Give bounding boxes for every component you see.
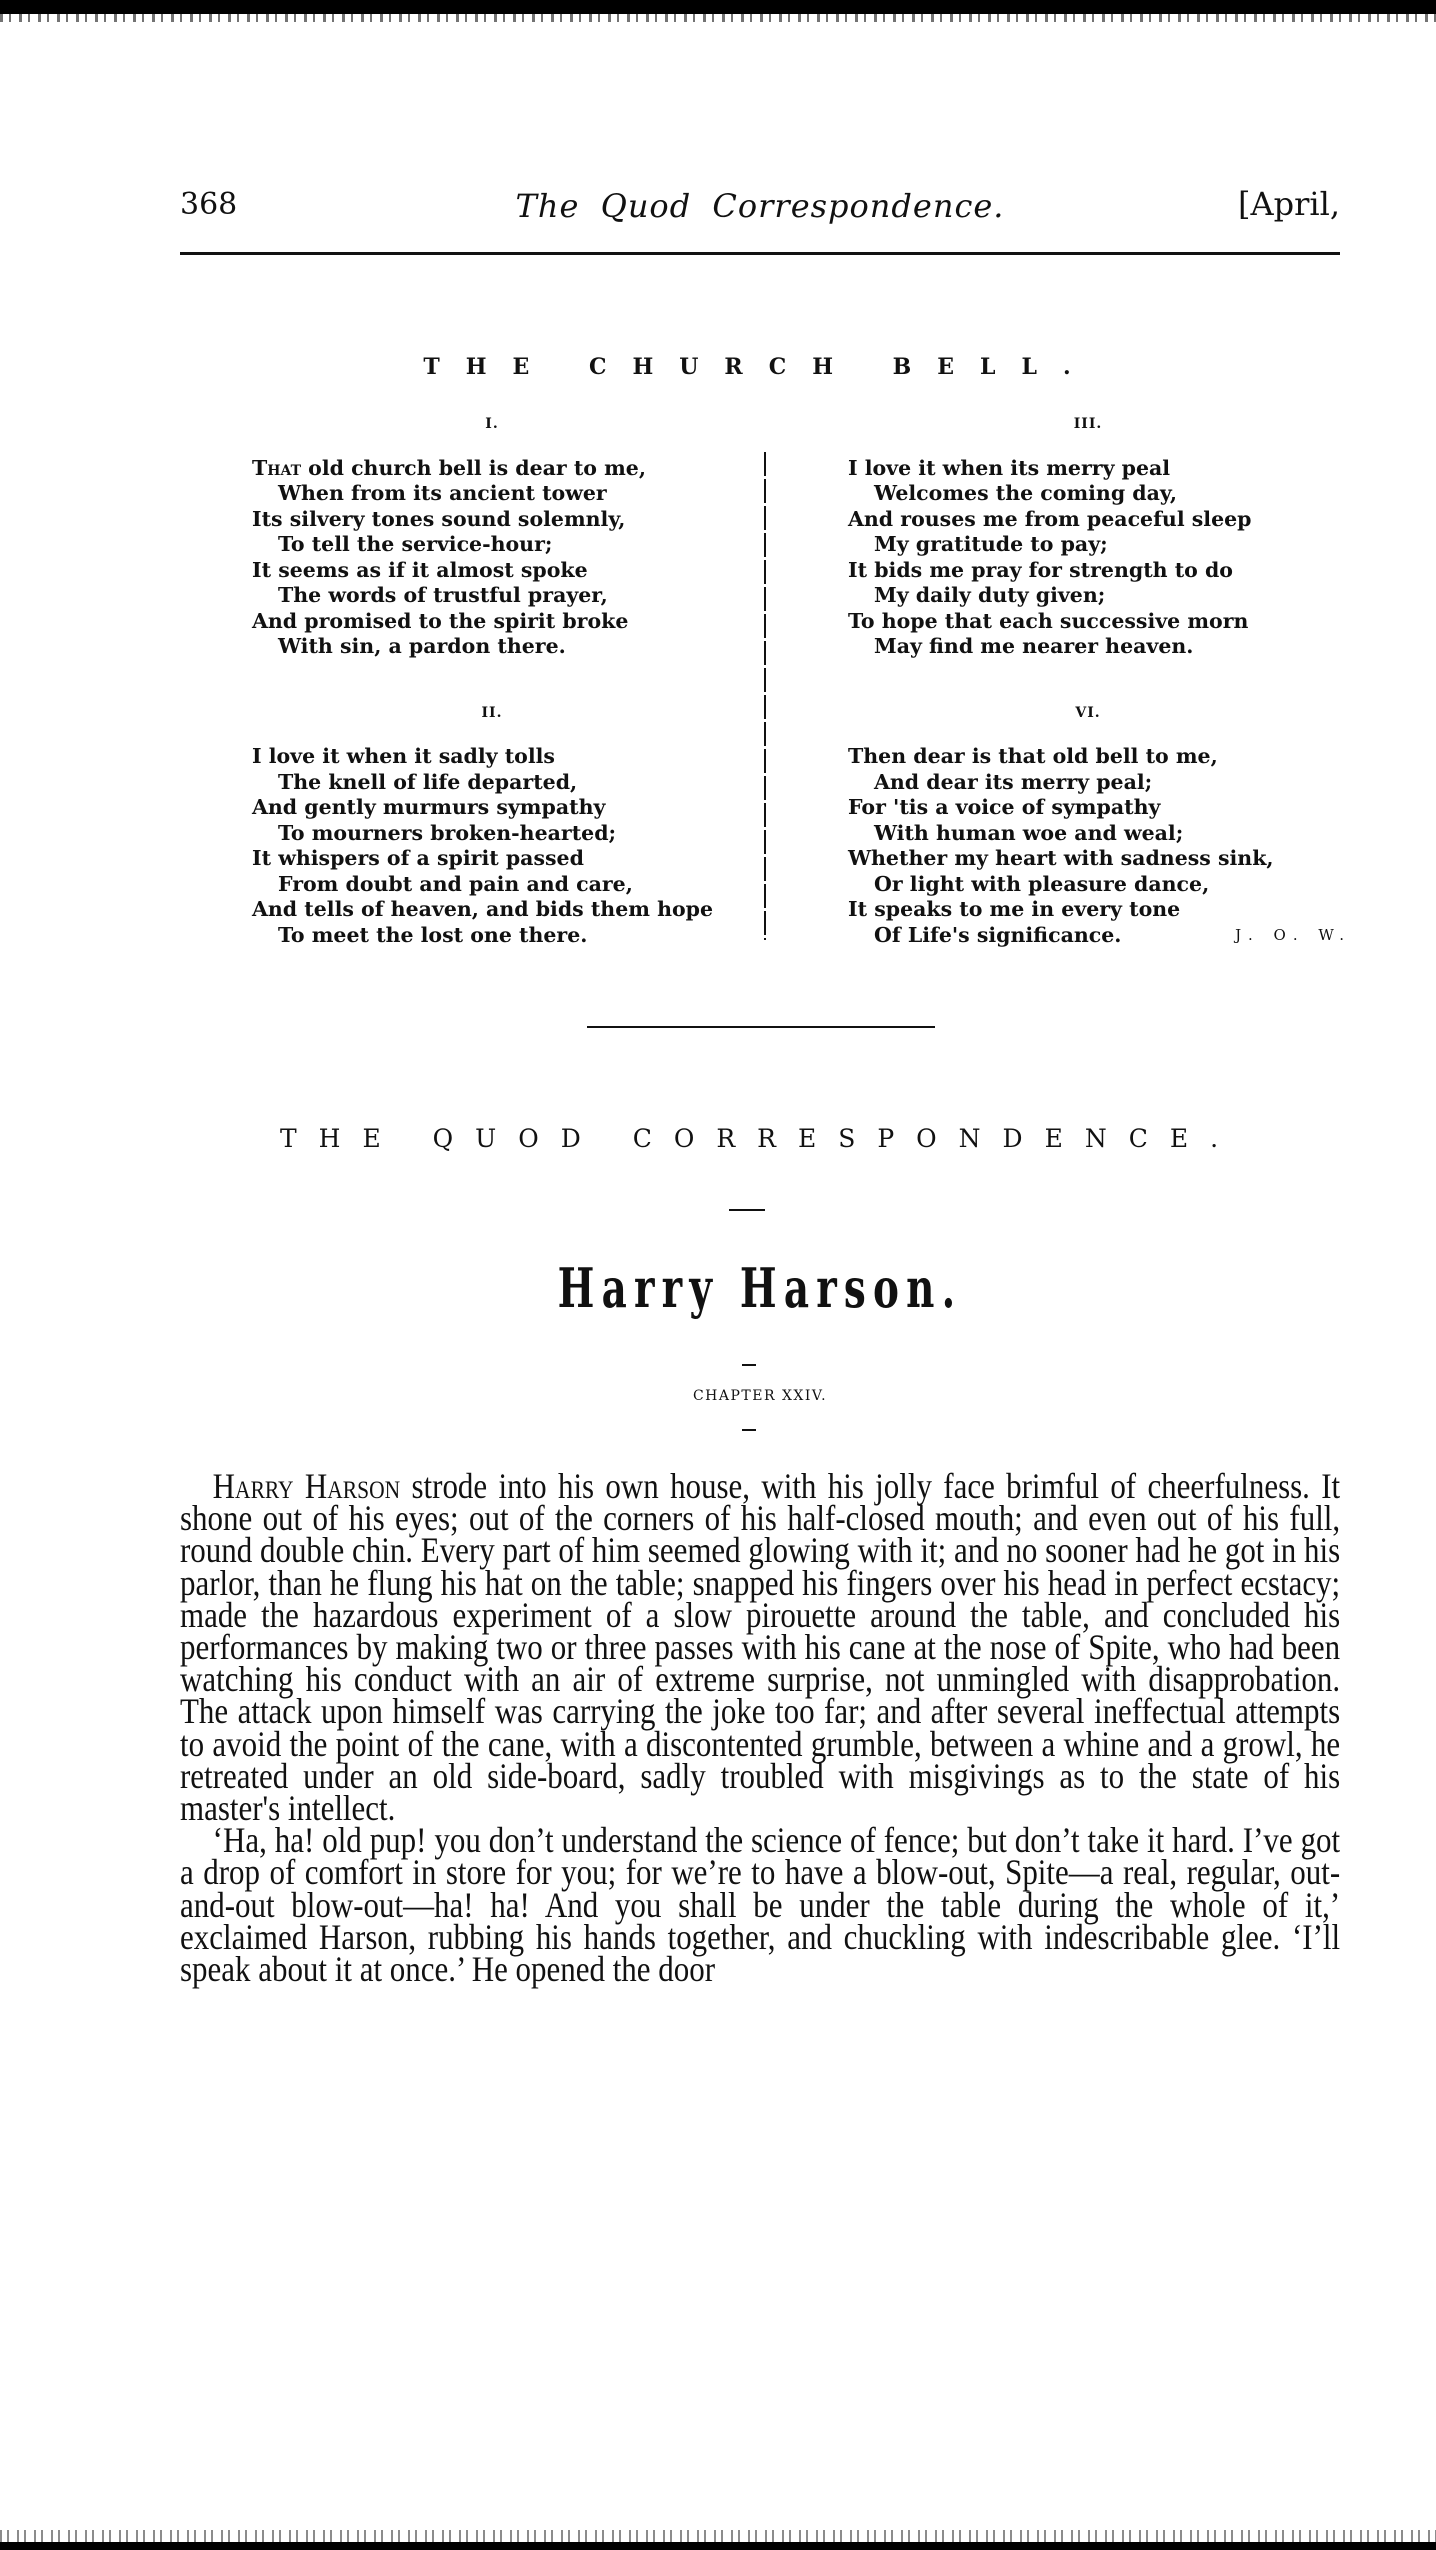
stanza: I. That old church bell is dear to me, W… [252,412,732,660]
header-rule [180,252,1340,255]
poem-line: The words of trustful prayer, [252,583,732,609]
stanza-numeral: III. [848,412,1328,438]
chapter-label: CHAPTER XXIV. [180,1388,1340,1404]
author-signature: J. O. W. [1235,923,1352,949]
poem-line: May find me nearer heaven. [848,634,1328,660]
running-head: 368 The Quod Correspondence. [April, [180,183,1340,235]
poem-column-left: I. That old church bell is dear to me, W… [252,412,732,989]
article-body: Harry Harson strode into his own house, … [180,1470,1340,1985]
scan-edge-top [0,0,1436,14]
section-title: THE QUOD CORRESPONDENCE. [180,1124,1340,1153]
poem-line: And tells of heaven, and bids them hope [252,897,732,923]
poem-line: Its silvery tones sound solemnly, [252,507,732,533]
poem-line: To mourners broken-hearted; [252,821,732,847]
poem-line: With human woe and weal; [848,821,1328,847]
poem-line: When from its ancient tower [252,481,732,507]
column-divider [764,452,766,940]
poem-line: From doubt and pain and care, [252,872,732,898]
stanza-numeral: VI. [848,701,1328,727]
poem-line: It seems as if it almost spoke [252,558,732,584]
stanza-numeral: II. [252,701,732,727]
poem-line: And promised to the spirit broke [252,609,732,635]
poem-line: Welcomes the coming day, [848,481,1328,507]
running-title: The Quod Correspondence. [180,187,1340,225]
poem-line: The knell of life departed, [252,770,732,796]
chapter-rule-top [742,1364,756,1366]
poem-line: I love it when its merry peal [848,456,1328,482]
paragraph: Harry Harson strode into his own house, … [180,1470,1340,1824]
poem-line: And dear its merry peal; [848,770,1328,796]
poem-line: That old church bell is dear to me, [252,456,732,482]
poem-line: To meet the lost one there. [252,923,732,949]
stanza-numeral: I. [252,412,732,438]
story-title: Harry Harson. [342,1256,1177,1320]
title-rule [729,1209,765,1211]
stanza: II. I love it when it sadly tolls The kn… [252,701,732,949]
poem-line: Or light with pleasure dance, [848,872,1328,898]
stanza: VI. Then dear is that old bell to me, An… [848,701,1328,949]
poem-line: I love it when it sadly tolls [252,744,732,770]
scan-edge-bottom [0,2542,1436,2550]
poem-line: Then dear is that old bell to me, [848,744,1328,770]
poem-line: My daily duty given; [848,583,1328,609]
poem-line: My gratitude to pay; [848,532,1328,558]
poem-line: And gently murmurs sympathy [252,795,732,821]
stanza: III. I love it when its merry peal Welco… [848,412,1328,660]
poem-line: And rouses me from peaceful sleep [848,507,1328,533]
section-divider [587,1026,935,1028]
poem-line: To hope that each successive morn [848,609,1328,635]
poem-line: For 'tis a voice of sympathy [848,795,1328,821]
poem-line: It bids me pray for strength to do [848,558,1328,584]
poem-line: With sin, a pardon there. [252,634,732,660]
poem-line: To tell the service-hour; [252,532,732,558]
poem-line: It speaks to me in every tone [848,897,1328,923]
chapter-rule-bottom [742,1429,756,1431]
drop-word: That [252,456,301,480]
paragraph: ‘Ha, ha! old pup! you don’t understand t… [180,1824,1340,1985]
poem-column-right: III. I love it when its merry peal Welco… [848,412,1328,989]
poem-title: THE CHURCH BELL. [180,354,1340,380]
poem-line: It whispers of a spirit passed [252,846,732,872]
running-date: [April, [1238,185,1340,223]
poem-line: Whether my heart with sadness sink, [848,846,1328,872]
